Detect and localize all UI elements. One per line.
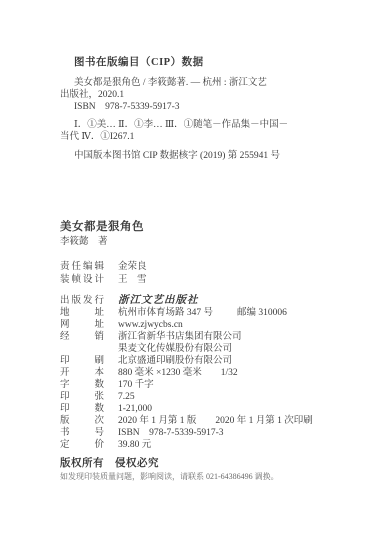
colophon-row: 印刷 北京盛通印刷股份有限公司 bbox=[60, 355, 337, 367]
postcode: 邮编 310006 bbox=[237, 307, 287, 319]
colophon-value: 7.25 bbox=[118, 391, 135, 403]
cip-block: 图书在版编目（CIP）数据 美女都是狠角色 / 李筱懿著. — 杭州 : 浙江文… bbox=[60, 56, 337, 162]
colophon-row: 出版发行 浙江文艺出版社 bbox=[60, 295, 337, 307]
colophon-row: 网址 www.zjwycbs.cn bbox=[60, 319, 337, 331]
colophon-value: 880 毫米 ×1230 毫米 1/32 bbox=[118, 367, 238, 379]
colophon-row: 果麦文化传媒股份有限公司 bbox=[60, 343, 337, 355]
colophon-value: 2020 年 1 月第 1 版 2020 年 1 月第 1 次印刷 bbox=[118, 415, 313, 427]
colophon-label: 定价 bbox=[60, 439, 104, 451]
cip-line: 出版社，2020.1 bbox=[60, 89, 337, 101]
publisher-logotype: 浙江文艺出版社 bbox=[118, 295, 199, 307]
colophon-row: 印张 7.25 bbox=[60, 391, 337, 403]
colophon-label bbox=[60, 343, 104, 355]
colophon-row: 地址 杭州市体育场路 347 号 邮编 310006 bbox=[60, 307, 337, 319]
colophon-block: 出版发行 浙江文艺出版社 地址 杭州市体育场路 347 号 邮编 310006 … bbox=[60, 295, 337, 451]
colophon-value: 170 千字 bbox=[118, 379, 154, 391]
credit-label: 装帧设计 bbox=[60, 274, 104, 287]
colophon-label: 字数 bbox=[60, 379, 104, 391]
colophon-value: 果麦文化传媒股份有限公司 bbox=[118, 343, 232, 355]
colophon-label: 出版发行 bbox=[60, 295, 104, 307]
colophon-value: 浙江省新华书店集团有限公司 bbox=[118, 331, 242, 343]
cip-line: Ⅰ．①美… Ⅱ．①李… Ⅲ．①随笔－作品集－中国－ bbox=[60, 119, 337, 131]
colophon-label: 开本 bbox=[60, 367, 104, 379]
colophon-value: 1-21,000 bbox=[118, 403, 152, 415]
cip-line: 美女都是狠角色 / 李筱懿著. — 杭州 : 浙江文艺 bbox=[60, 77, 337, 89]
colophon-value: 杭州市体育场路 347 号 bbox=[118, 307, 213, 319]
page-content: 图书在版编目（CIP）数据 美女都是狠角色 / 李筱懿著. — 杭州 : 浙江文… bbox=[0, 0, 375, 482]
copyright-page: 图书在版编目（CIP）数据 美女都是狠角色 / 李筱懿著. — 杭州 : 浙江文… bbox=[0, 0, 375, 540]
colophon-row: 书号 ISBN 978-7-5339-5917-3 bbox=[60, 427, 337, 439]
colophon-label: 经销 bbox=[60, 331, 104, 343]
cip-line: ISBN 978-7-5339-5917-3 bbox=[60, 101, 337, 113]
colophon-row: 印数 1-21,000 bbox=[60, 403, 337, 415]
colophon-label: 网址 bbox=[60, 319, 104, 331]
colophon-row: 定价 39.80 元 bbox=[60, 439, 337, 451]
credit-label: 责任编辑 bbox=[60, 261, 104, 274]
book-author: 李筱懿 著 bbox=[60, 236, 337, 249]
credit-value: 金荣良 bbox=[118, 261, 147, 274]
credit-row: 责任编辑 金荣良 bbox=[60, 261, 337, 274]
cip-record: 中国版本图书馆 CIP 数据核字 (2019) 第 255941 号 bbox=[60, 150, 337, 162]
colophon-row: 字数 170 千字 bbox=[60, 379, 337, 391]
quality-note: 如发现印装质量问题，影响阅读，请联系 021-64386496 调换。 bbox=[60, 472, 337, 482]
credit-value: 王 雪 bbox=[118, 274, 147, 287]
copyright-block: 版权所有 侵权必究 如发现印装质量问题，影响阅读，请联系 021-6438649… bbox=[60, 457, 337, 482]
credits-block: 责任编辑 金荣良 装帧设计 王 雪 bbox=[60, 261, 337, 287]
colophon-label: 书号 bbox=[60, 427, 104, 439]
colophon-row: 版次 2020 年 1 月第 1 版 2020 年 1 月第 1 次印刷 bbox=[60, 415, 337, 427]
colophon-label: 印刷 bbox=[60, 355, 104, 367]
colophon-label: 地址 bbox=[60, 307, 104, 319]
colophon-label: 印数 bbox=[60, 403, 104, 415]
colophon-row: 开本 880 毫米 ×1230 毫米 1/32 bbox=[60, 367, 337, 379]
book-title: 美女都是狠角色 bbox=[60, 220, 337, 234]
colophon-row: 经销 浙江省新华书店集团有限公司 bbox=[60, 331, 337, 343]
credit-row: 装帧设计 王 雪 bbox=[60, 274, 337, 287]
cip-header: 图书在版编目（CIP）数据 bbox=[60, 56, 337, 69]
colophon-value: ISBN 978-7-5339-5917-3 bbox=[118, 427, 224, 439]
cip-line: 当代 Ⅳ．①I267.1 bbox=[60, 131, 337, 143]
cip-lines: 美女都是狠角色 / 李筱懿著. — 杭州 : 浙江文艺 出版社，2020.1 I… bbox=[60, 77, 337, 143]
colophon-value: 北京盛通印刷股份有限公司 bbox=[118, 355, 232, 367]
colophon-value: www.zjwycbs.cn bbox=[118, 319, 183, 331]
colophon-value: 39.80 元 bbox=[118, 439, 151, 451]
colophon-label: 版次 bbox=[60, 415, 104, 427]
colophon-label: 印张 bbox=[60, 391, 104, 403]
title-block: 美女都是狠角色 李筱懿 著 bbox=[60, 220, 337, 249]
copyright-notice: 版权所有 侵权必究 bbox=[60, 457, 337, 470]
